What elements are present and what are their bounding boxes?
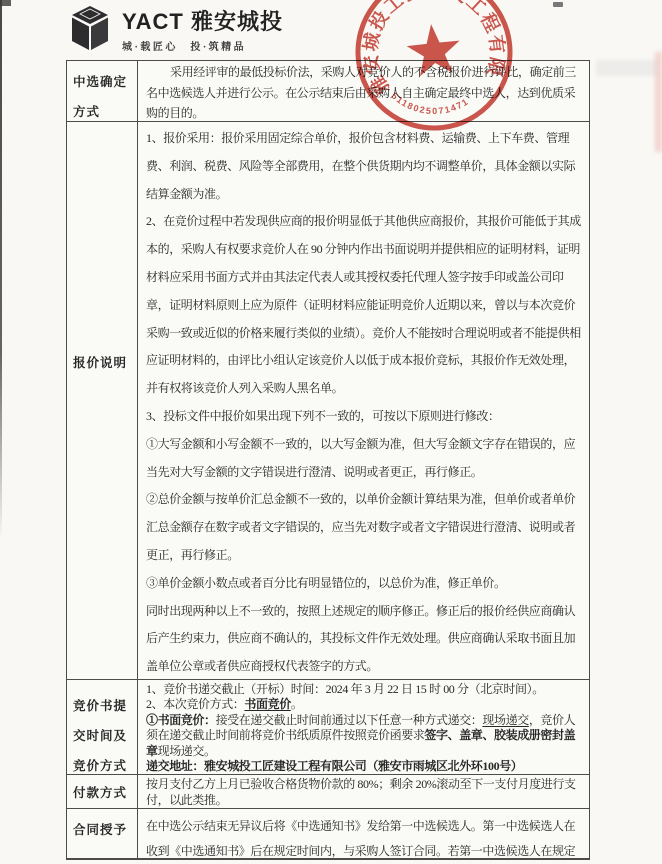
bid-method-value: 书面竞价	[244, 697, 290, 711]
row-label-quotation-notes: 报价说明	[67, 122, 138, 679]
quotation-paragraph-6: ③单价金额小数点或者百分比有明显错位的，以总价为准，修正单价。	[146, 570, 581, 598]
scanned-document-page: YACT 雅安城投 城·载匠心 投·筑精品 雅安城投工匠建设工程有限公司 511…	[0, 0, 662, 864]
quotation-paragraph-5: ②总价金额与按单价汇总金额不一致的，以单价金额计算结果为准，但单价或者单价汇总金…	[146, 486, 581, 569]
seal-star-icon	[405, 21, 463, 77]
payment-method-text: 按月支付乙方上月已验收合格货物价款的 80%；剩余 20%滚动至下一支付月度进行…	[146, 776, 581, 808]
row-content-contract-award: 在中选公示结束无异议后将《中选通知书》发给第一中选候选人。第一中选候选人在收到《…	[138, 809, 589, 858]
logo-tagline: 城·载匠心 投·筑精品	[122, 38, 283, 53]
table-row-payment-method: 付款方式 按月支付乙方上月已验收合格货物价款的 80%；剩余 20%滚动至下一支…	[67, 775, 589, 809]
row-label-payment-method: 付款方式	[67, 775, 138, 808]
row-label-contract-award: 合同授予	[67, 809, 138, 858]
bid-method-prefix: 2、本次竞价方式：	[146, 697, 244, 711]
scan-edge-artifact	[0, 0, 2, 540]
written-bid-lead: ①书面竞价：	[146, 713, 216, 727]
table-row-contract-award: 合同授予 在中选公示结束无异议后将《中选通知书》发给第一中选候选人。第一中选候选…	[67, 809, 589, 859]
stamp-bleedthrough	[655, 52, 662, 152]
table-row-bid-submission: 竞价书提交时间及竞价方式 1、竞价书递交截止（开标）时间：2024 年 3 月 …	[67, 680, 589, 775]
quotation-paragraph-4: ①大写金额和小写金额不一致的，以大写金额为准，但大写金额文字存在错误的，应当先对…	[146, 431, 581, 487]
seal-serial-number: 5118025071471	[389, 83, 472, 121]
scan-top-right-mark	[553, 2, 563, 7]
bid-method-line: 2、本次竞价方式：书面竞价。	[146, 697, 581, 712]
scan-corner-blot	[0, 0, 11, 6]
row-content-quotation-notes: 1、报价采用：报价采用固定综合单价，报价包含材料费、运输费、上下车费、管理费、利…	[138, 122, 589, 679]
delivery-address-line: 递交地址：雅安城投工匠建设工程有限公司（雅安市雨城区北外环100号）	[146, 759, 581, 774]
logo-latin: YACT	[122, 9, 184, 34]
row-content-payment-method: 按月支付乙方上月已验收合格货物价款的 80%；剩余 20%滚动至下一支付月度进行…	[138, 775, 589, 808]
quotation-paragraph-3: 3、投标文件中报价如果出现下列不一致的，可按以下原则进行修改：	[146, 403, 581, 431]
logo-chinese: 雅安城投	[191, 9, 283, 34]
written-bid-paragraph: ①书面竞价：接受在递交截止时间前通过以下任意一种方式递交：现场递交，竞价人须在递…	[146, 713, 581, 759]
svg-text:5118025071471: 5118025071471	[389, 83, 472, 121]
contract-award-text: 在中选公示结束无异议后将《中选通知书》发给第一中选候选人。第一中选候选人在收到《…	[146, 814, 581, 858]
onsite-delivery-underlined: 现场递交	[482, 713, 528, 727]
row-label-selection-method: 中选确定方式	[67, 61, 138, 121]
written-bid-text-c: 现场递交。	[158, 744, 216, 758]
bidding-terms-table: 中选确定方式 采用经评审的最低投标价法，采购人对竞价人的不含税报价进行评比，确定…	[66, 60, 590, 860]
written-bid-text-a: 接受在递交截止时间前通过以下任意一种方式递交：	[216, 713, 483, 727]
logo-wordmark: YACT 雅安城投	[122, 10, 283, 34]
ghost-bleed-text	[596, 60, 656, 76]
cube-logo-icon	[70, 5, 110, 52]
row-content-bid-submission: 1、竞价书递交截止（开标）时间：2024 年 3 月 22 日 15 时 00 …	[138, 680, 589, 774]
logo-text-block: YACT 雅安城投 城·载匠心 投·筑精品	[122, 5, 283, 53]
quotation-paragraph-2: 2、在竞价过程中若发现供应商的报价明显低于其他供应商报价，其报价可能低于其成本的…	[146, 208, 581, 403]
red-company-seal: 雅安城投工匠建设工程有限公司 5118025071471	[344, 0, 524, 142]
table-row-quotation-notes: 报价说明 1、报价采用：报价采用固定综合单价，报价包含材料费、运输费、上下车费、…	[67, 122, 589, 680]
quotation-paragraph-7: 同时出现两种以上不一致的，按照上述规定的顺序修正。修正后的报价经供应商确认后产生…	[146, 598, 581, 679]
bid-deadline-line: 1、竞价书递交截止（开标）时间：2024 年 3 月 22 日 15 时 00 …	[146, 682, 581, 697]
bid-method-suffix: 。	[291, 697, 303, 711]
company-logo: YACT 雅安城投 城·载匠心 投·筑精品	[70, 5, 283, 53]
row-label-bid-submission: 竞价书提交时间及竞价方式	[67, 680, 138, 774]
